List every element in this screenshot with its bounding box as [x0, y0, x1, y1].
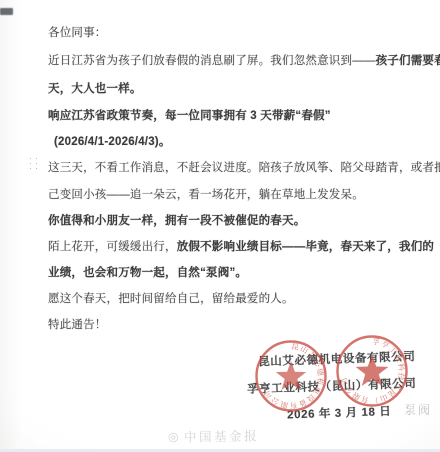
- text-bold: 孩子们需要春: [376, 55, 440, 67]
- bottom-watermark: ◎ 中国基金报: [168, 426, 259, 446]
- weibo-logo-icon: ◎: [168, 430, 181, 444]
- company-seal-icon: 孚亨工业科技（昆山）有限公司: [330, 331, 414, 411]
- seal-star-icon: [356, 355, 389, 386]
- paragraph-line: 己变回小孩——追一朵云，看一场花开，躺在草地上发发呆。: [48, 186, 364, 202]
- notice-photo: 各位同事： 近日江苏省为孩子们放春假的消息刷了屏。我们忽然意识到——孩子们需要春…: [0, 0, 440, 452]
- drag-handle-icon[interactable]: [29, 157, 38, 170]
- closing-line: 特此通告！: [48, 316, 107, 332]
- paragraph-line: 你值得和小朋友一样，拥有一段不被催促的春天。: [48, 212, 305, 228]
- paragraph-line: 天，大人也一样。: [48, 80, 142, 96]
- text-regular: 陌上花开，可缓缓出行，: [48, 241, 177, 253]
- company-seal-icon: 昆山艾必德机电设备有限公司: [251, 336, 331, 416]
- paragraph-line: 近日江苏省为孩子们放春假的消息刷了屏。我们忽然意识到——孩子们需要春: [48, 52, 440, 68]
- seal-star-icon: [276, 361, 306, 390]
- paragraph-line: 响应江苏省政策节奏，每一位同事拥有 3 天带薪“春假”: [48, 107, 331, 123]
- vacation-dates: (2026/4/1-2026/4/3)。: [54, 133, 171, 149]
- text-bold: 放假不影响业绩目标——毕竟，春天来了，我们的: [177, 241, 434, 253]
- side-watermark: 泵阀: [404, 401, 432, 418]
- photo-corner-smudge: [0, 8, 13, 15]
- paragraph-line: 这三天，不看工作消息，不赶会议进度。陪孩子放风筝、陪父母踏青，或者把自: [48, 159, 440, 175]
- paragraph-line: 愿这个春天，把时间留给自己，留给最爱的人。: [48, 290, 294, 306]
- text-regular: 近日江苏省为孩子们放春假的消息刷了屏。我们忽然意识到——: [48, 55, 376, 67]
- watermark-text: 中国基金报: [184, 426, 259, 445]
- greeting: 各位同事：: [48, 24, 107, 40]
- paragraph-line: 陌上花开，可缓缓出行，放假不影响业绩目标——毕竟，春天来了，我们的: [48, 238, 434, 254]
- paragraph-line: 业绩，也会和万物一起，自然“泵阀”。: [48, 264, 247, 280]
